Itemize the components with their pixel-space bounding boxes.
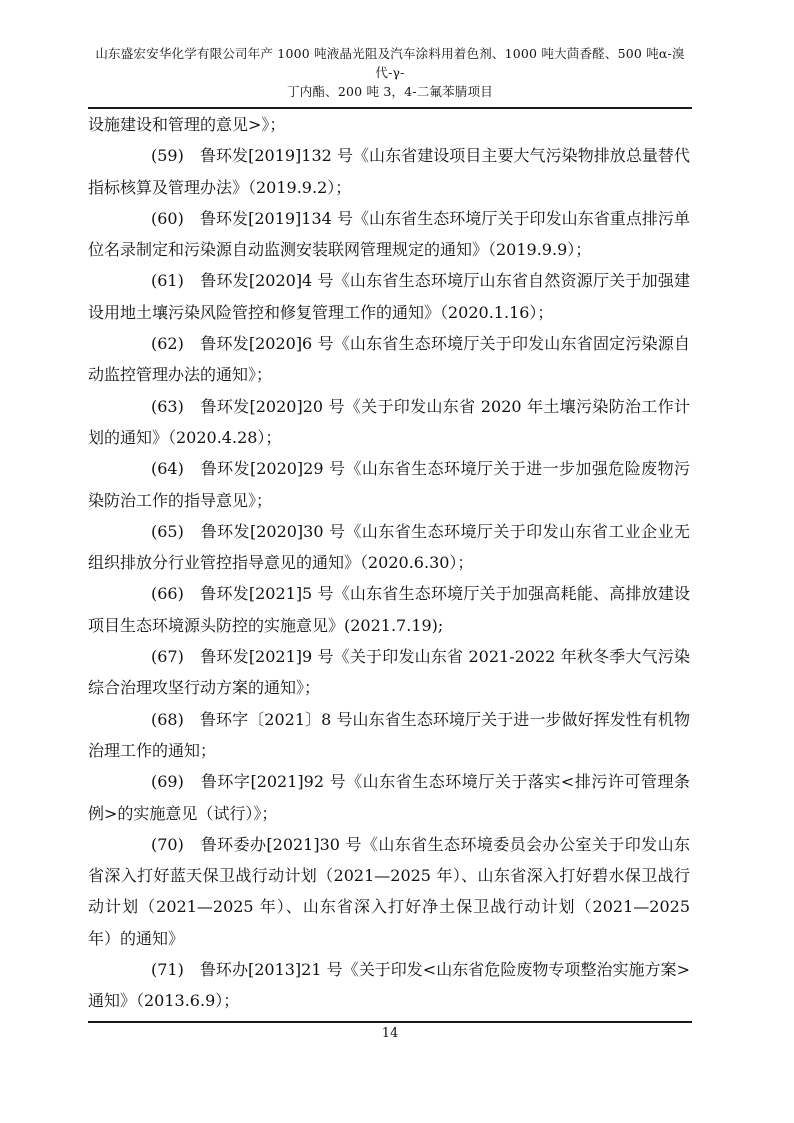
paragraph-item-60: (60) 鲁环发[2019]134 号《山东省生态环境厅关于印发山东省重点排污单… (88, 203, 690, 266)
paragraph-item-61: (61) 鲁环发[2020]4 号《山东省生态环境厅山东省自然资源厅关于加强建设… (88, 265, 690, 328)
page-number: 14 (382, 1026, 399, 1041)
paragraph-item-66: (66) 鲁环发[2021]5 号《山东省生态环境厅关于加强高耗能、高排放建设项… (88, 578, 690, 641)
paragraph-item-59: (59) 鲁环发[2019]132 号《山东省建设项目主要大气污染物排放总量替代… (88, 140, 690, 203)
paragraph-item-62: (62) 鲁环发[2020]6 号《山东省生态环境厅关于印发山东省固定污染源自动… (88, 328, 690, 391)
paragraph-continuation: 设施建设和管理的意见>》； (88, 109, 690, 140)
paragraph-item-68: (68) 鲁环字〔2021〕8 号山东省生态环境厅关于进一步做好挥发性有机物治理… (88, 704, 690, 767)
paragraph-item-63: (63) 鲁环发[2020]20 号《关于印发山东省 2020 年土壤污染防治工… (88, 391, 690, 454)
paragraph-item-69: (69) 鲁环字[2021]92 号《山东省生态环境厅关于落实<排污许可管理条例… (88, 766, 690, 829)
page-header: 山东盛宏安华化学有限公司年产 1000 吨液晶光阻及汽车涂料用着色剂、1000 … (88, 44, 692, 109)
paragraph-item-71: (71) 鲁环办[2013]21 号《关于印发<山东省危险废物专项整治实施方案>… (88, 954, 690, 1017)
paragraph-item-64: (64) 鲁环发[2020]29 号《山东省生态环境厅关于进一步加强危险废物污染… (88, 453, 690, 516)
header-title-line1: 山东盛宏安华化学有限公司年产 1000 吨液晶光阻及汽车涂料用着色剂、1000 … (88, 44, 692, 82)
document-page: 山东盛宏安华化学有限公司年产 1000 吨液晶光阻及汽车涂料用着色剂、1000 … (0, 0, 794, 1123)
paragraph-item-65: (65) 鲁环发[2020]30 号《山东省生态环境厅关于印发山东省工业企业无组… (88, 516, 690, 579)
paragraph-item-67: (67) 鲁环发[2021]9 号《关于印发山东省 2021-2022 年秋冬季… (88, 641, 690, 704)
header-title-line2: 丁内酯、200 吨 3，4-二氟苯腈项目 (88, 82, 692, 101)
page-footer: 14 (88, 1021, 692, 1042)
paragraph-item-70: (70) 鲁环委办[2021]30 号《山东省生态环境委员会办公室关于印发山东省… (88, 829, 690, 954)
document-body: 设施建设和管理的意见>》； (59) 鲁环发[2019]132 号《山东省建设项… (88, 109, 690, 1017)
